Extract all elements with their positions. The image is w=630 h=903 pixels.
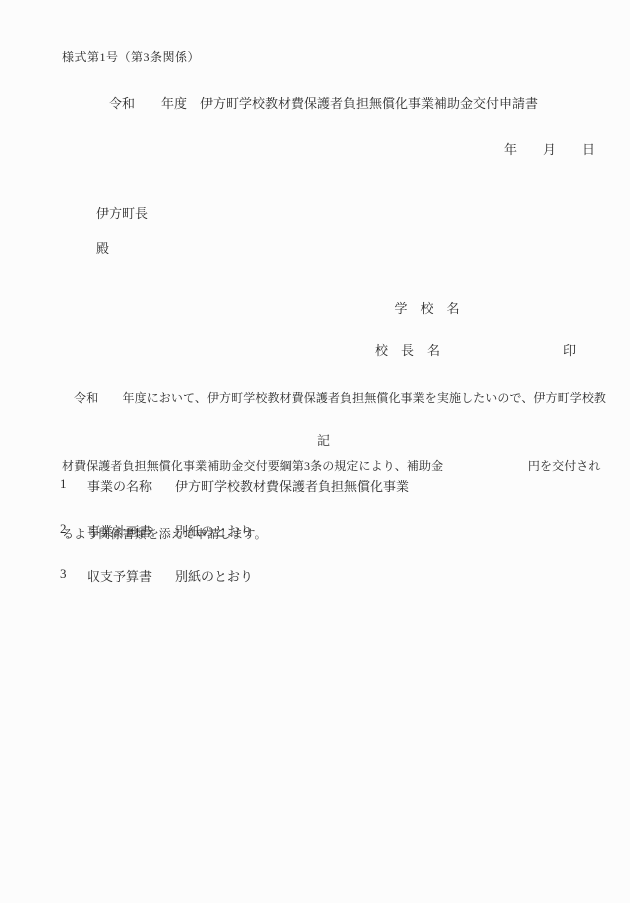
item-row-budget: 3 収支予算書 別紙のとおり: [60, 566, 253, 585]
body-line-1: 令和 年度において、伊方町学校教材費保護者負担無償化事業を実施したいので、伊方町…: [62, 387, 597, 410]
date-line: 年 月 日: [62, 139, 595, 158]
addressee-name: 伊方町長: [96, 206, 148, 221]
school-name-label: 学 校 名: [395, 301, 460, 316]
body-line-2: 材費保護者負担無償化事業補助金交付要綱第3条の規定により、補助金 円を交付され: [62, 455, 597, 478]
form-number: 様式第1号（第3条関係）: [62, 48, 200, 65]
item-row-project-plan: 2 事業計画書 別紙のとおり: [60, 521, 253, 540]
document-title: 令和 年度 伊方町学校教材費保護者負担無償化事業補助金交付申請書: [62, 93, 585, 112]
item-row-project-name: 1 事業の名称 伊方町学校教材費保護者負担無償化事業: [60, 476, 409, 495]
item-number: 1: [60, 476, 87, 495]
addressee-honorific: 殿: [96, 241, 109, 256]
item-value: 伊方町学校教材費保護者負担無償化事業: [175, 476, 409, 495]
item-label: 事業計画書: [87, 521, 175, 540]
item-number: 3: [60, 566, 87, 585]
item-value: 別紙のとおり: [175, 521, 253, 540]
item-label: 事業の名称: [87, 476, 175, 495]
section-marker: 記: [62, 430, 585, 449]
addressee-line: 伊方町長 殿: [83, 187, 198, 273]
document-page: 様式第1号（第3条関係） 令和 年度 伊方町学校教材費保護者負担無償化事業補助金…: [0, 0, 630, 903]
body-paragraph: 令和 年度において、伊方町学校教材費保護者負担無償化事業を実施したいので、伊方町…: [62, 342, 597, 591]
item-label: 収支予算書: [87, 566, 175, 585]
item-value: 別紙のとおり: [175, 566, 253, 585]
school-name-row: 学 校 名: [375, 282, 576, 308]
item-number: 2: [60, 521, 87, 540]
